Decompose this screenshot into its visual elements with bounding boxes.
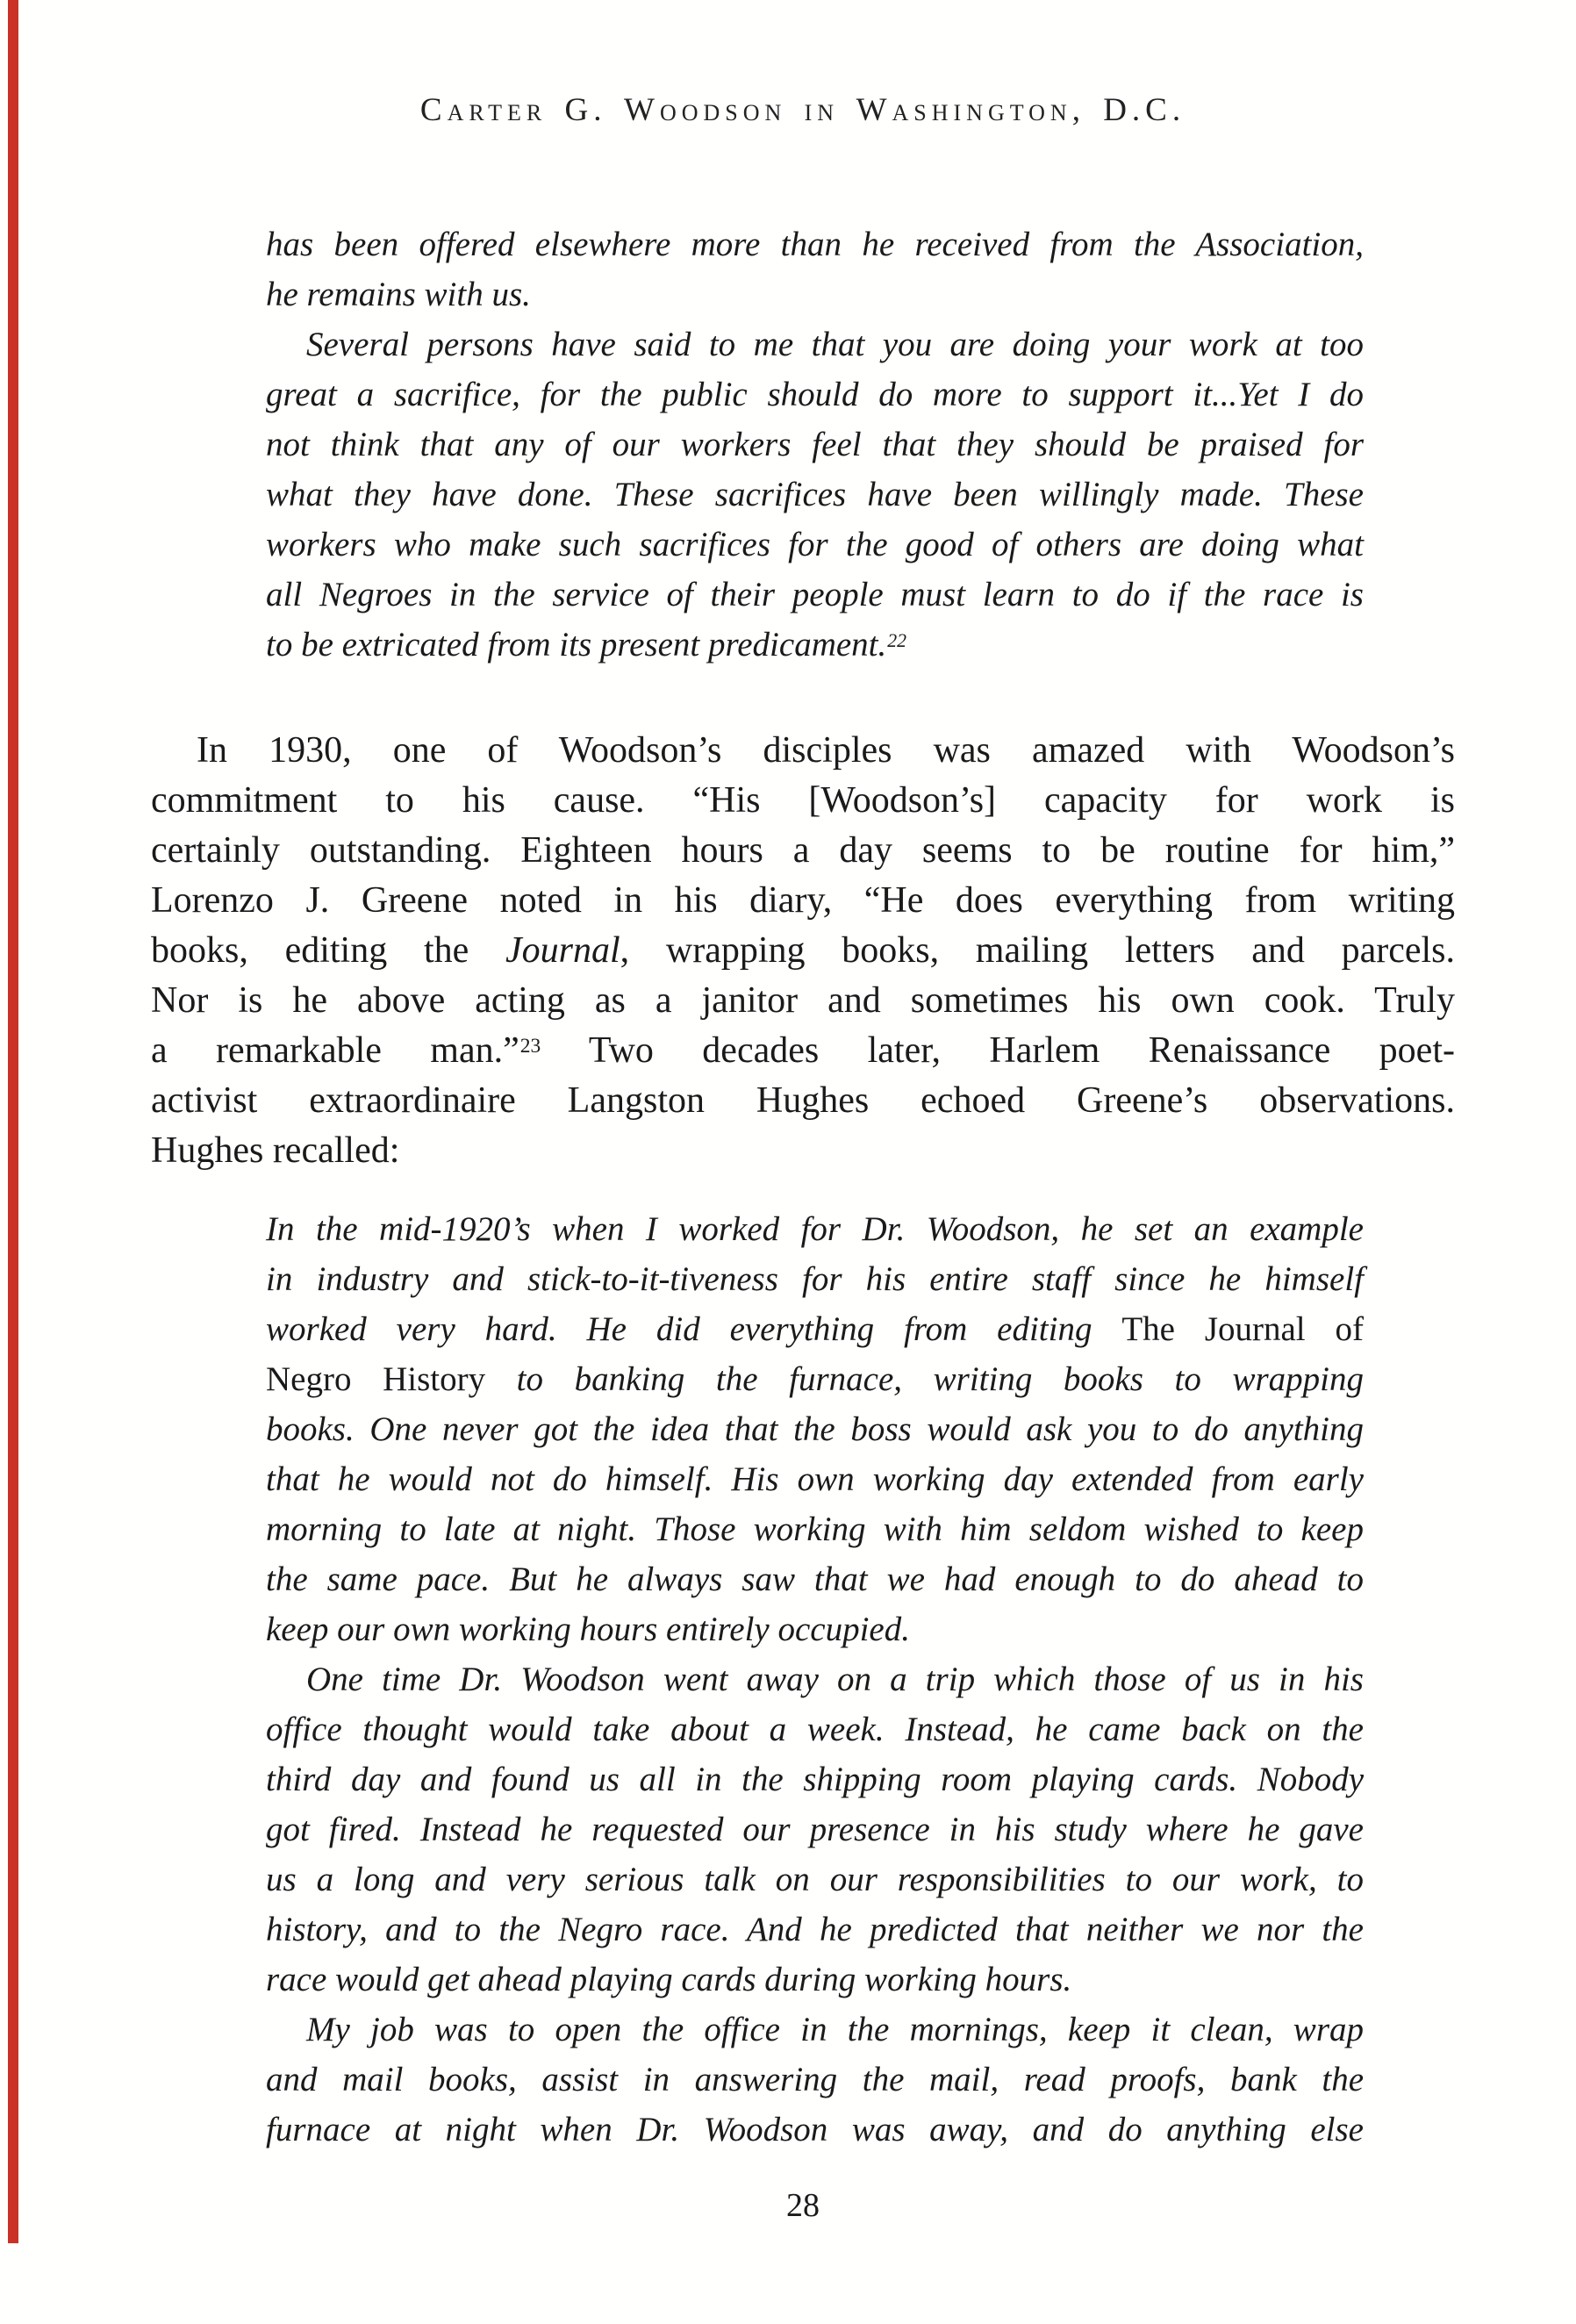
text-segment: , wrapping books, mailing letters and pa… bbox=[620, 930, 1455, 971]
text-line: great a sacrifice, for the public should… bbox=[266, 369, 1364, 420]
text-segment: Two decades later, Harlem Renaissance po… bbox=[541, 1030, 1455, 1071]
text-line: third day and found us all in the shippi… bbox=[266, 1754, 1364, 1804]
text-line: keep our own working hours entirely occu… bbox=[266, 1604, 1364, 1654]
text-line: us a long and very serious talk on our r… bbox=[266, 1854, 1364, 1904]
text-segment: not think that any of our workers feel t… bbox=[266, 426, 1364, 463]
text-line: has been offered elsewhere more than he … bbox=[266, 219, 1364, 269]
text-line: history, and to the Negro race. And he p… bbox=[266, 1904, 1364, 1955]
footnote-reference: 22 bbox=[887, 630, 906, 651]
text-line: the same pace. But he always saw that we… bbox=[266, 1554, 1364, 1604]
text-blocks: has been offered elsewhere more than he … bbox=[151, 219, 1455, 2155]
text-line: to be extricated from its present predic… bbox=[266, 620, 1364, 670]
text-segment: and mail books, assist in answering the … bbox=[266, 2061, 1364, 2098]
text-line: Hughes recalled: bbox=[151, 1126, 1455, 1176]
text-segment: to be extricated from its present predic… bbox=[266, 626, 886, 663]
text-segment: The Journal of bbox=[1121, 1310, 1364, 1348]
text-segment: he remains with us. bbox=[266, 276, 531, 313]
text-segment: Several persons have said to me that you… bbox=[306, 326, 1364, 363]
text-line: in industry and stick-to-it-tiveness for… bbox=[266, 1254, 1364, 1304]
text-segment: the same pace. But he always saw that we… bbox=[266, 1560, 1364, 1598]
text-line: he remains with us. bbox=[266, 269, 1364, 319]
text-line: One time Dr. Woodson went away on a trip… bbox=[266, 1654, 1364, 1704]
text-line: Nor is he above acting as a janitor and … bbox=[151, 976, 1455, 1026]
book-page: Carter G. Woodson in Washington, D.C. ha… bbox=[0, 0, 1576, 2324]
text-line: not think that any of our workers feel t… bbox=[266, 420, 1364, 470]
text-line: My job was to open the office in the mor… bbox=[266, 2005, 1364, 2055]
text-segment: got fired. Instead he requested our pres… bbox=[266, 1811, 1364, 1848]
greene-paragraph: In 1930, one of Woodson’s disciples was … bbox=[151, 726, 1455, 1176]
text-segment: Negro History bbox=[266, 1360, 485, 1398]
text-line: commitment to his cause. “His [Woodson’s… bbox=[151, 776, 1455, 826]
text-line: furnace at night when Dr. Woodson was aw… bbox=[266, 2105, 1364, 2155]
text-line: and mail books, assist in answering the … bbox=[266, 2055, 1364, 2105]
text-segment: In the mid-1920’s when I worked for Dr. … bbox=[266, 1210, 1364, 1248]
text-segment: workers who make such sacrifices for the… bbox=[266, 526, 1364, 563]
text-segment: third day and found us all in the shippi… bbox=[266, 1761, 1364, 1798]
text-line: activist extraordinaire Langston Hughes … bbox=[151, 1076, 1455, 1126]
running-header: Carter G. Woodson in Washington, D.C. bbox=[151, 90, 1455, 132]
text-segment: In 1930, one of Woodson’s disciples was … bbox=[197, 730, 1455, 771]
letter-quote: has been offered elsewhere more than he … bbox=[266, 219, 1364, 670]
text-segment: activist extraordinaire Langston Hughes … bbox=[151, 1080, 1455, 1121]
text-segment: in industry and stick-to-it-tiveness for… bbox=[266, 1260, 1364, 1298]
text-line: Negro History to banking the furnace, wr… bbox=[266, 1354, 1364, 1404]
text-line: what they have done. These sacrifices ha… bbox=[266, 470, 1364, 520]
text-line: Lorenzo J. Greene noted in his diary, “H… bbox=[151, 876, 1455, 926]
text-segment: what they have done. These sacrifices ha… bbox=[266, 476, 1364, 513]
page-number: 28 bbox=[151, 2184, 1455, 2227]
text-segment: all Negroes in the service of their peop… bbox=[266, 576, 1364, 613]
text-segment: keep our own working hours entirely occu… bbox=[266, 1610, 910, 1648]
red-edge-stripe bbox=[8, 0, 18, 2243]
text-line: certainly outstanding. Eighteen hours a … bbox=[151, 826, 1455, 876]
text-segment: certainly outstanding. Eighteen hours a … bbox=[151, 830, 1455, 871]
text-segment: history, and to the Negro race. And he p… bbox=[266, 1911, 1364, 1948]
text-line: worked very hard. He did everything from… bbox=[266, 1304, 1364, 1354]
text-segment: books. One never got the idea that the b… bbox=[266, 1410, 1364, 1448]
text-line: morning to late at night. Those working … bbox=[266, 1504, 1364, 1554]
text-segment: worked very hard. He did everything from… bbox=[266, 1310, 1121, 1348]
text-segment: Hughes recalled: bbox=[151, 1130, 399, 1171]
text-line: In 1930, one of Woodson’s disciples was … bbox=[151, 726, 1455, 776]
text-segment: us a long and very serious talk on our r… bbox=[266, 1861, 1364, 1898]
text-segment: books, editing the bbox=[151, 930, 505, 971]
text-segment: race would get ahead playing cards durin… bbox=[266, 1961, 1071, 1998]
text-segment: Lorenzo J. Greene noted in his diary, “H… bbox=[151, 880, 1455, 921]
text-segment: great a sacrifice, for the public should… bbox=[266, 376, 1364, 413]
text-segment: commitment to his cause. “His [Woodson’s… bbox=[151, 780, 1455, 821]
page-content: Carter G. Woodson in Washington, D.C. ha… bbox=[151, 0, 1455, 2227]
text-segment: that he would not do himself. His own wo… bbox=[266, 1460, 1364, 1498]
text-segment: office thought would take about a week. … bbox=[266, 1711, 1364, 1748]
text-segment: One time Dr. Woodson went away on a trip… bbox=[306, 1661, 1364, 1698]
text-segment: has been offered elsewhere more than he … bbox=[266, 226, 1364, 263]
text-segment: a remarkable man.” bbox=[151, 1030, 519, 1071]
text-line: books, editing the Journal, wrapping boo… bbox=[151, 926, 1455, 976]
text-line: Several persons have said to me that you… bbox=[266, 319, 1364, 369]
text-segment: My job was to open the office in the mor… bbox=[306, 2011, 1364, 2048]
text-line: a remarkable man.”23 Two decades later, … bbox=[151, 1026, 1455, 1076]
text-line: books. One never got the idea that the b… bbox=[266, 1404, 1364, 1454]
text-line: In the mid-1920’s when I worked for Dr. … bbox=[266, 1204, 1364, 1254]
text-line: got fired. Instead he requested our pres… bbox=[266, 1804, 1364, 1854]
text-segment: Nor is he above acting as a janitor and … bbox=[151, 980, 1455, 1021]
text-line: that he would not do himself. His own wo… bbox=[266, 1454, 1364, 1504]
text-segment: to banking the furnace, writing books to… bbox=[485, 1360, 1364, 1398]
text-line: office thought would take about a week. … bbox=[266, 1704, 1364, 1754]
text-line: all Negroes in the service of their peop… bbox=[266, 570, 1364, 620]
text-segment: morning to late at night. Those working … bbox=[266, 1510, 1364, 1548]
hughes-quote: In the mid-1920’s when I worked for Dr. … bbox=[266, 1204, 1364, 2155]
text-line: race would get ahead playing cards durin… bbox=[266, 1955, 1364, 2005]
footnote-reference: 23 bbox=[520, 1035, 541, 1058]
text-line: workers who make such sacrifices for the… bbox=[266, 520, 1364, 570]
text-segment: furnace at night when Dr. Woodson was aw… bbox=[266, 2111, 1364, 2148]
text-segment: Journal bbox=[505, 930, 620, 971]
